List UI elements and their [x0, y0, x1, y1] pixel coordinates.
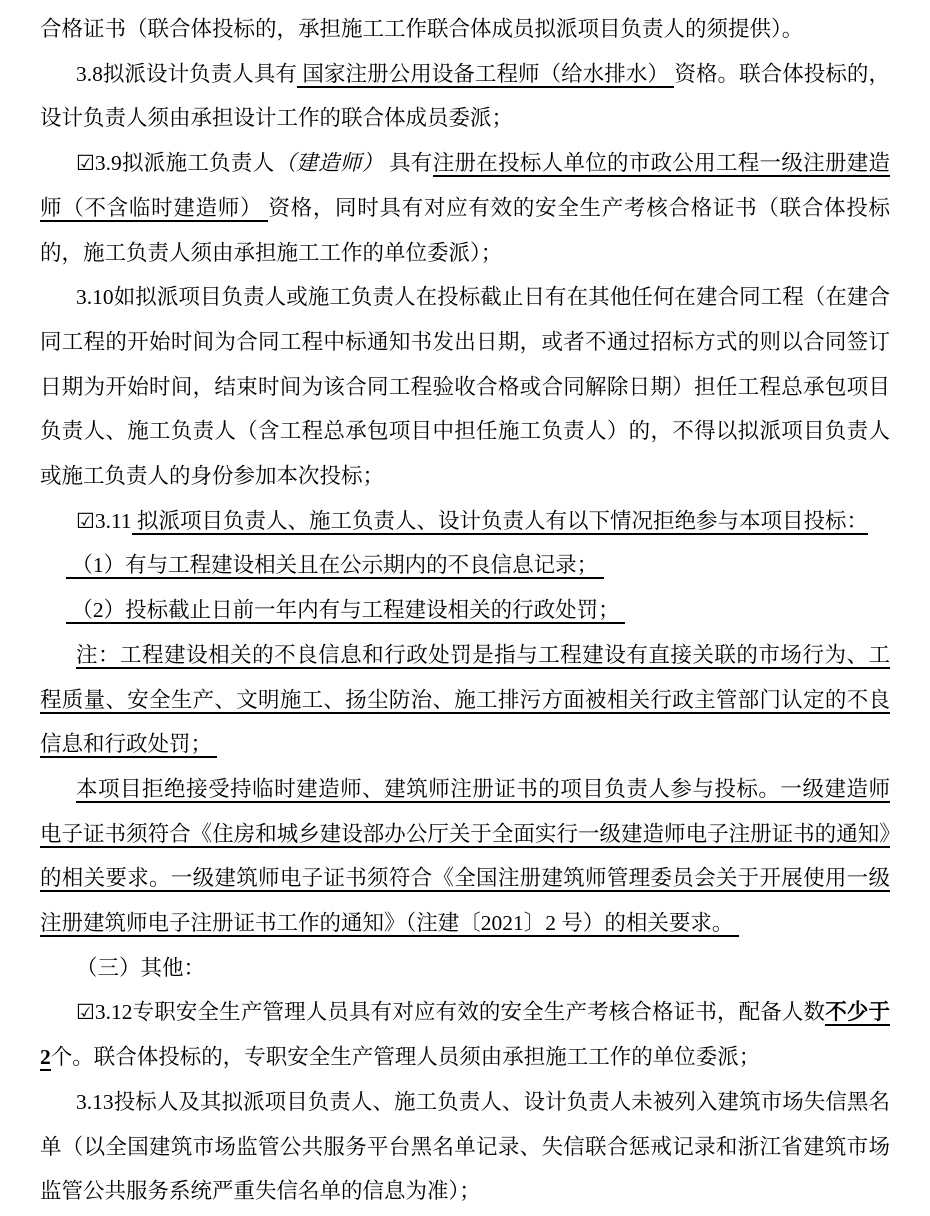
text-segment: 本项目拒绝接受持临时建造师、建筑师注册证书的项目负责人参与投标。一级建造师电子证… — [40, 777, 890, 937]
text-segment: （2）投标截止日前一年内有与工程建设相关的行政处罚； — [66, 598, 625, 624]
text-segment: 拟派项目负责人、施工负责人、设计负责人有以下情况拒绝参与本项目投标： — [132, 509, 868, 535]
paragraph-3-11-item-1: （1）有与工程建设相关且在公示期内的不良信息记录； — [40, 543, 890, 588]
text-segment: 注：工程建设相关的不良信息和行政处罚是指与工程建设有直接关联的市场行为、工程质量… — [40, 643, 890, 758]
text-segment: 3.11 — [95, 509, 132, 533]
text-segment: 3.13投标人及其拟派项目负责人、施工负责人、设计负责人未被列入建筑市场失信黑名… — [40, 1090, 890, 1203]
paragraph-section-three-other: （三）其他： — [40, 946, 890, 991]
document-body: 合格证书（联合体投标的，承担施工工作联合体成员拟派项目负责人的须提供）。3.8拟… — [40, 7, 890, 1214]
paragraph-3-13-blacklist: 3.13投标人及其拟派项目负责人、施工负责人、设计负责人未被列入建筑市场失信黑名… — [40, 1080, 890, 1214]
text-segment: 合格证书（联合体投标的，承担施工工作联合体成员拟派项目负责人的须提供）。 — [40, 17, 803, 41]
checked-checkbox-icon: ☑ — [76, 509, 95, 533]
text-segment: （建造师） — [275, 151, 384, 175]
checked-checkbox-icon: ☑ — [76, 1000, 95, 1024]
text-segment: （三）其他： — [76, 956, 205, 980]
text-segment: 3.9拟派施工负责人 — [95, 151, 275, 175]
text-segment: 3.8拟派设计负责人具有 — [76, 62, 297, 86]
paragraph-reject-temporary-certificates: 本项目拒绝接受持临时建造师、建筑师注册证书的项目负责人参与投标。一级建造师电子证… — [40, 767, 890, 946]
text-segment: 3.10如拟派项目负责人或施工负责人在投标截止日有在其他任何在建合同工程（在建合… — [40, 285, 890, 488]
document-page: 合格证书（联合体投标的，承担施工工作联合体成员拟派项目负责人的须提供）。3.8拟… — [0, 0, 930, 1216]
paragraph-3-10-in-progress-contracts: 3.10如拟派项目负责人或施工负责人在投标截止日有在其他任何在建合同工程（在建合… — [40, 275, 890, 499]
paragraph-3-11-refusal-conditions: ☑3.11 拟派项目负责人、施工负责人、设计负责人有以下情况拒绝参与本项目投标： — [40, 499, 890, 544]
paragraph-note-definition: 注：工程建设相关的不良信息和行政处罚是指与工程建设有直接关联的市场行为、工程质量… — [40, 633, 890, 767]
text-segment: 具有 — [383, 151, 432, 175]
paragraph-3-11-item-2: （2）投标截止日前一年内有与工程建设相关的行政处罚； — [40, 588, 890, 633]
paragraph-continuation-certificate: 合格证书（联合体投标的，承担施工工作联合体成员拟派项目负责人的须提供）。 — [40, 7, 890, 52]
text-segment: 3.12专职安全生产管理人员具有对应有效的安全生产考核合格证书，配备人数 — [95, 1000, 825, 1024]
paragraph-3-8-design-leader: 3.8拟派设计负责人具有 国家注册公用设备工程师（给水排水） 资格。联合体投标的… — [40, 52, 890, 141]
text-segment: 国家注册公用设备工程师（给水排水） — [297, 62, 674, 88]
text-segment: 个。联合体投标的，专职安全生产管理人员须由承担施工工作的单位委派； — [51, 1045, 761, 1069]
paragraph-3-12-safety-officers: ☑3.12专职安全生产管理人员具有对应有效的安全生产考核合格证书，配备人数不少于… — [40, 990, 890, 1079]
paragraph-3-9-construction-leader: ☑3.9拟派施工负责人（建造师） 具有注册在投标人单位的市政公用工程一级注册建造… — [40, 141, 890, 275]
text-segment: （1）有与工程建设相关且在公示期内的不良信息记录； — [66, 553, 604, 579]
checked-checkbox-icon: ☑ — [76, 151, 95, 175]
